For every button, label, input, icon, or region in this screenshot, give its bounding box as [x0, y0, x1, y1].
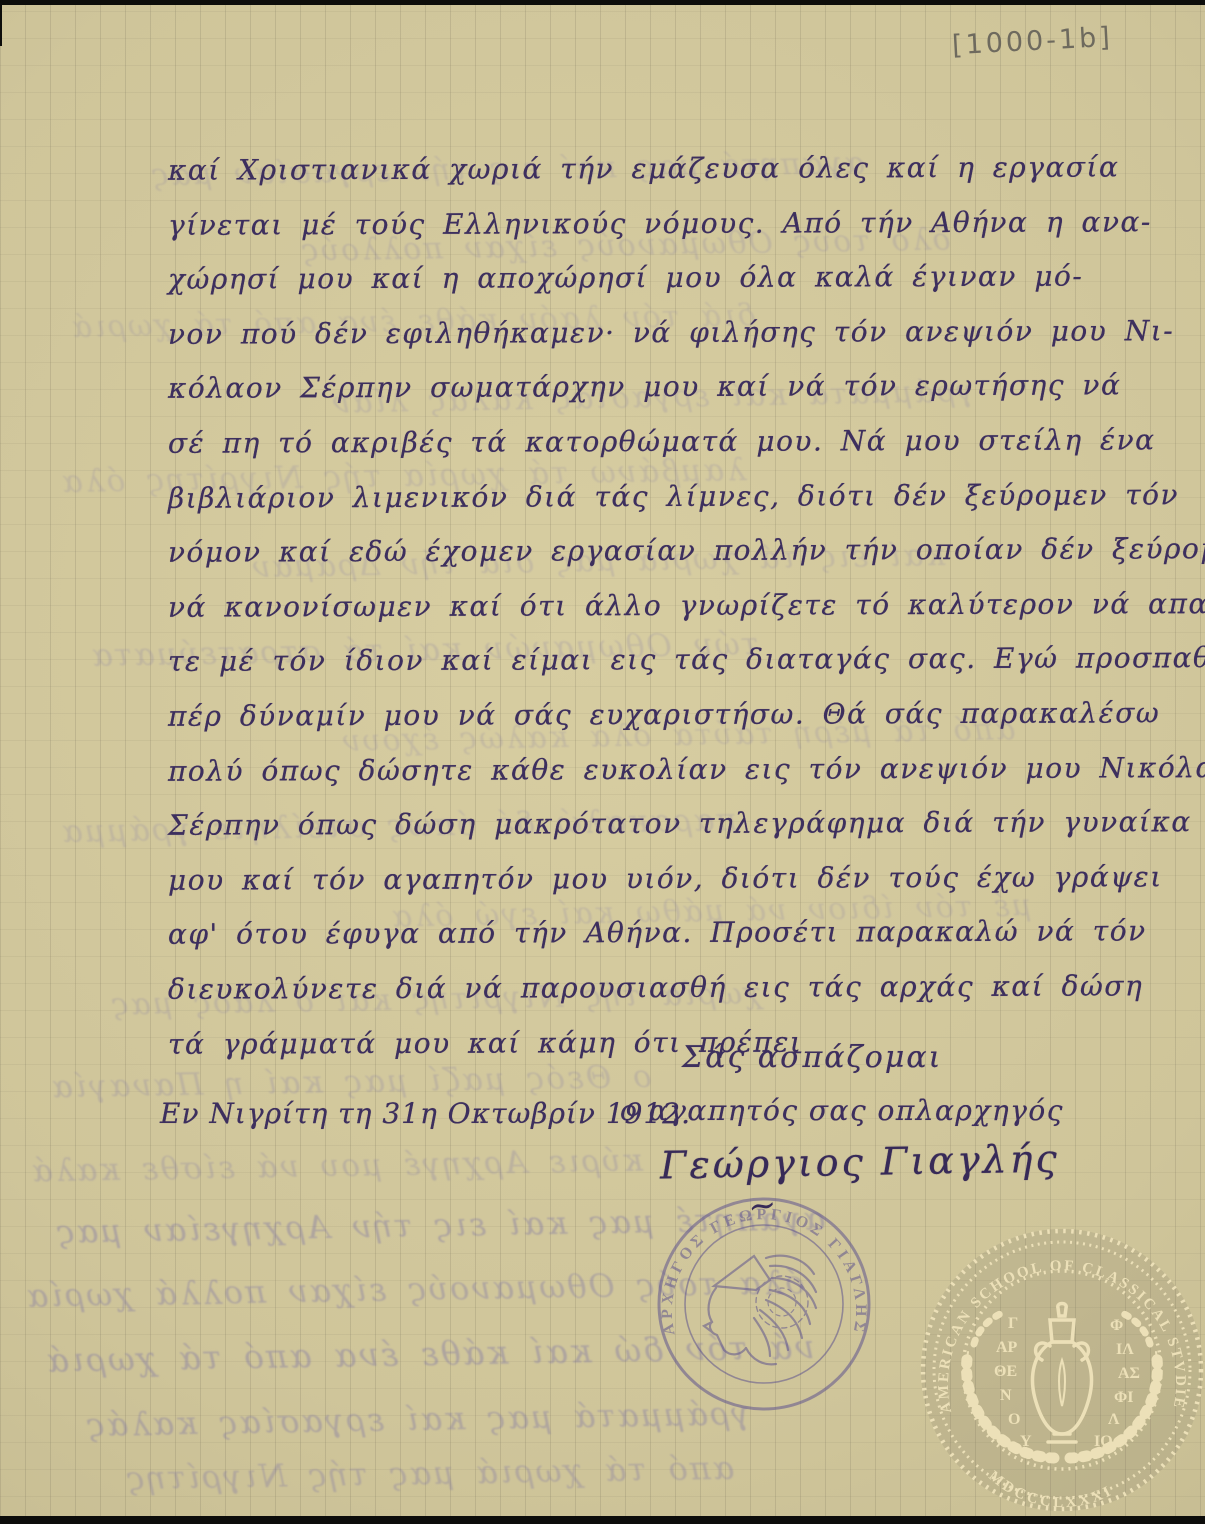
letter-line: μου καί τόν αγαπητόν μου υιόν, διότι δέν… [168, 850, 1173, 908]
scan-edge-top [0, 0, 1205, 5]
scan-edge-bottom [0, 1516, 1205, 1524]
letter-line: καί Χριστιανικά χωριά τήν εμάζευσα όλες … [168, 140, 1173, 198]
svg-text:Γ: Γ [1008, 1315, 1018, 1332]
svg-text:Φ: Φ [1110, 1317, 1123, 1334]
stamp-head-emblem [704, 1256, 816, 1365]
letter-line: πολύ όπως δώσητε κάθε ευκολίαν εις τόν α… [168, 741, 1173, 799]
svg-text:ΑΣ: ΑΣ [1118, 1365, 1140, 1382]
closing-salutation: Σάς ασπάζομαι [682, 1040, 942, 1075]
svg-text:ΑΡ: ΑΡ [996, 1339, 1018, 1356]
svg-text:Υ: Υ [1020, 1433, 1032, 1450]
dateline-signoff-role: ο αγαπητός σας οπλαρχηγός [620, 1094, 1064, 1127]
letter-line: σέ πη τό ακριβές τά κατορθώματά μου. Νά … [168, 413, 1173, 471]
document-page: αγαπητά μας καί εις τήν εργασίαν μαςόλο … [0, 0, 1205, 1524]
bleed-through-line: γράμματά μας καί εργασίας καλάς [85, 1394, 751, 1444]
bleed-through-line: κύριε Αρχηγέ μου νά είσθε καλά [30, 1143, 644, 1190]
letter-line: τε μέ τόν ίδιον καί είμαι εις τάς διαταγ… [168, 632, 1173, 690]
dateline-place-date: Εν Νιγρίτη τη 31η Οκτωβρίν 1912. [160, 1097, 691, 1130]
svg-text:ΙΟ: ΙΟ [1094, 1433, 1113, 1450]
svg-text:Ο: Ο [1008, 1411, 1020, 1428]
letter-body: καί Χριστιανικά χωριά τήν εμάζευσα όλες … [168, 142, 1173, 1070]
letter-line: πέρ δύναμίν μου νά σάς ευχαριστήσω. Θά σ… [168, 686, 1173, 744]
letter-line: αφ' ότου έφυγα από τήν Αθήνα. Προσέτι πα… [168, 905, 1173, 963]
archival-label: [1000-1b] [951, 22, 1113, 61]
letter-line: κόλαον Σέρπην σωματάρχην μου καί νά τόν … [168, 359, 1173, 417]
letter-line: βιβλιάριον λιμενικόν διά τάς λίμνες, διό… [168, 468, 1173, 526]
letter-line: νον πού δέν εφιληθήκαμεν· νά φιλήσης τόν… [168, 304, 1173, 362]
letter-line: χώρησί μου καί η αποχώρησί μου όλα καλά … [168, 249, 1173, 307]
letter-line: γίνεται μέ τούς Ελληνικούς νόμους. Από τ… [168, 195, 1173, 253]
letter-line: νόμον καί εδώ έχομεν εργασίαν πολλήν τήν… [168, 522, 1173, 580]
ink-stamp: ΑΡΧΗΓΟΣ ΓΕΩΡΓΙΟΣ ΓΙΑΓΛΗΣ ΜΑΚ. [654, 1194, 874, 1414]
stamp-outer-ring [659, 1199, 869, 1409]
letter-line: τά γράμματά μου καί κάμη ότι πρέπει [168, 1014, 1173, 1072]
svg-text:Λ: Λ [1108, 1411, 1120, 1428]
bleed-through-line: από τά χωριά μας τής Νιγρίτης [125, 1449, 735, 1498]
ascsa-seal: AMERICAN SCHOOL OF CLASSICAL STVDIES AT … [916, 1224, 1205, 1516]
letter-line: Σέρπην όπως δώση μακρότατον τηλεγράφημα … [168, 795, 1173, 853]
svg-text:ΘΕ: ΘΕ [994, 1363, 1017, 1380]
letter-line: νά κανονίσωμεν καί ότι άλλο γνωρίζετε τό… [168, 577, 1173, 635]
letter-line: διευκολύνετε διά νά παρουσιασθή εις τάς … [168, 959, 1173, 1017]
svg-text:ΦΙ: ΦΙ [1114, 1389, 1134, 1406]
scan-edge-left [0, 0, 2, 46]
svg-text:ΙΛ: ΙΛ [1116, 1341, 1134, 1358]
signature: Γεώργιος Γιαγλής [660, 1137, 1060, 1188]
svg-text:Ν: Ν [1000, 1387, 1012, 1404]
